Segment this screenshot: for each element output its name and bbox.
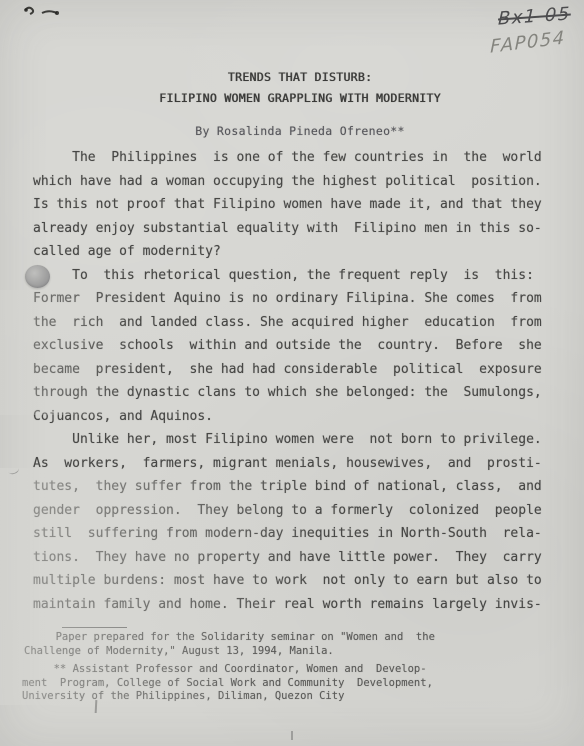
scanned-document-page: Bx1-05 FAP054 TRENDS THAT DISTURB: FILIP… xyxy=(0,0,584,746)
stray-vertical-mark xyxy=(291,731,293,740)
footnote-seminar-note: Paper prepared for the Solidarity semina… xyxy=(24,631,435,658)
handwritten-code-pencil: FAP054 xyxy=(490,27,566,57)
document-title-line2: FILIPINO WOMEN GRAPPLING WITH MODERNITY xyxy=(40,91,560,105)
footnote-author-affiliation: ** Assistant Professor and Coordinator, … xyxy=(22,663,433,704)
stray-vertical-mark xyxy=(95,700,97,713)
footnote-separator-line xyxy=(62,627,127,628)
document-byline: By Rosalinda Pineda Ofreneo** xyxy=(40,124,560,138)
stray-pencil-mark xyxy=(7,464,20,475)
handwritten-code-crossed-out: Bx1-05 xyxy=(498,3,571,29)
document-body-text: The Philippines is one of the few countr… xyxy=(33,146,542,616)
ink-squiggle-mark xyxy=(22,4,68,20)
hole-punch-mark xyxy=(25,265,50,288)
document-title-line1: TRENDS THAT DISTURB: xyxy=(40,70,560,84)
